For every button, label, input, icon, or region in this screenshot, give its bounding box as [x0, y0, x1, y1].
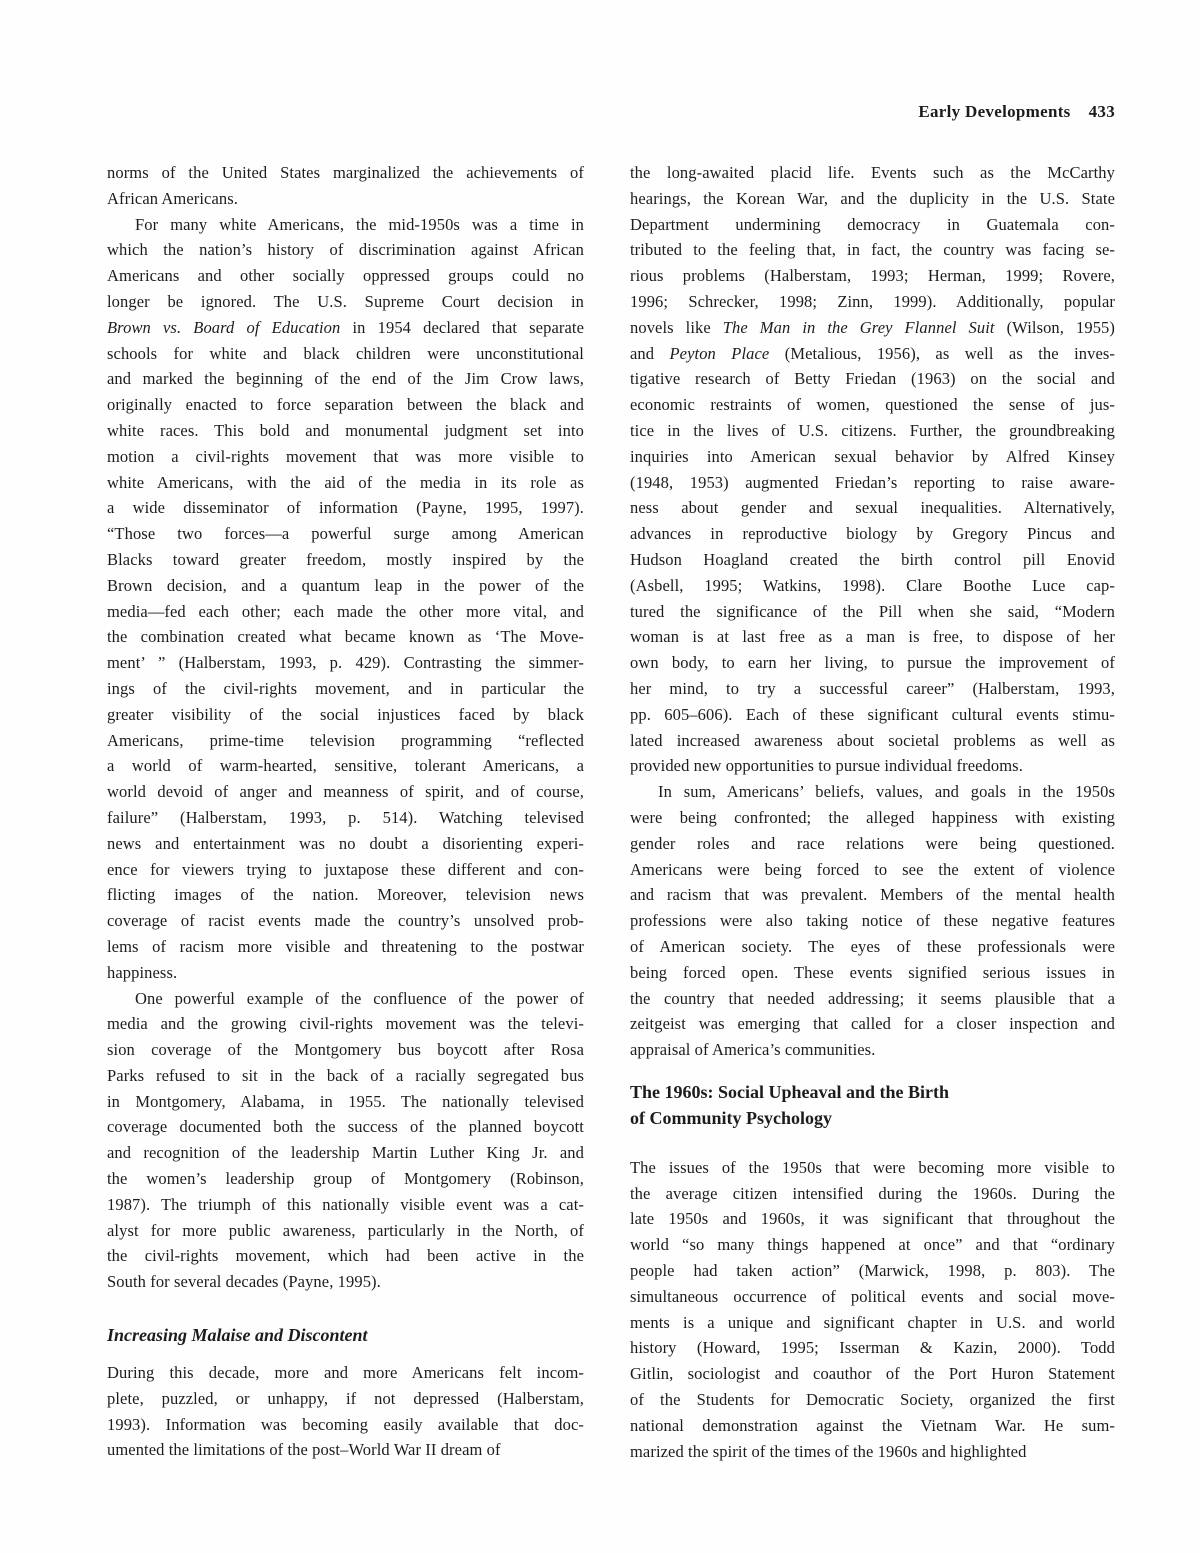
paragraph: norms of the United States marginalized … — [107, 160, 584, 212]
text-line: African Americans. — [107, 186, 584, 212]
text-line: For many white Americans, the mid-1950s … — [107, 212, 584, 238]
text-line: and recognition of the leadership Martin… — [107, 1140, 584, 1166]
text-line: the long-awaited placid life. Events suc… — [630, 160, 1115, 186]
text-line: Brown vs. Board of Education in 1954 dec… — [107, 315, 584, 341]
text-line: were being confronted; the alleged happi… — [630, 805, 1115, 831]
text-line: greater visibility of the social injusti… — [107, 702, 584, 728]
text-line: world “so many things happened at once” … — [630, 1232, 1115, 1258]
text-line: sion coverage of the Montgomery bus boyc… — [107, 1037, 584, 1063]
text-line: national demonstration against the Vietn… — [630, 1413, 1115, 1439]
text-line: hearings, the Korean War, and the duplic… — [630, 186, 1115, 212]
text-line: Parks refused to sit in the back of a ra… — [107, 1063, 584, 1089]
text-line: media—fed each other; each made the othe… — [107, 599, 584, 625]
paragraph: In sum, Americans’ beliefs, values, and … — [630, 779, 1115, 1063]
text-line: (1948, 1953) augmented Friedan’s reporti… — [630, 470, 1115, 496]
text-line: lated increased awareness about societal… — [630, 728, 1115, 754]
text-line: inquiries into American sexual behavior … — [630, 444, 1115, 470]
text-line: the civil-rights movement, which had bee… — [107, 1243, 584, 1269]
text-line: “Those two forces—a powerful surge among… — [107, 521, 584, 547]
text-line: a world of warm-hearted, sensitive, tole… — [107, 753, 584, 779]
text-line: and racism that was prevalent. Members o… — [630, 882, 1115, 908]
right-column: the long-awaited placid life. Events suc… — [630, 160, 1115, 1464]
paragraph: During this decade, more and more Americ… — [107, 1360, 584, 1463]
text-line: ings of the civil-rights movement, and i… — [107, 676, 584, 702]
text-line: white Americans, with the aid of the med… — [107, 470, 584, 496]
text-line: happiness. — [107, 960, 584, 986]
paragraph: The issues of the 1950s that were becomi… — [630, 1155, 1115, 1465]
text-line: ence for viewers trying to juxtapose the… — [107, 857, 584, 883]
text-line: of American society. The eyes of these p… — [630, 934, 1115, 960]
running-header: Early Developments433 — [918, 102, 1115, 122]
text-line: the country that needed addressing; it s… — [630, 986, 1115, 1012]
text-line: ment’ ” (Halberstam, 1993, p. 429). Cont… — [107, 650, 584, 676]
text-line: pp. 605–606). Each of these significant … — [630, 702, 1115, 728]
text-line: ness about gender and sexual inequalitie… — [630, 495, 1115, 521]
text-line: 1993). Information was becoming easily a… — [107, 1412, 584, 1438]
text-line: advances in reproductive biology by Greg… — [630, 521, 1115, 547]
text-line: economic restraints of women, questioned… — [630, 392, 1115, 418]
text-line: tributed to the feeling that, in fact, t… — [630, 237, 1115, 263]
text-line: schools for white and black children wer… — [107, 341, 584, 367]
text-line: 1996; Schrecker, 1998; Zinn, 1999). Addi… — [630, 289, 1115, 315]
text-line: (Asbell, 1995; Watkins, 1998). Clare Boo… — [630, 573, 1115, 599]
book-page: Early Developments433 norms of the Unite… — [0, 0, 1200, 1553]
text-line: white races. This bold and monumental ju… — [107, 418, 584, 444]
section-heading: The 1960s: Social Upheaval and the Birth… — [630, 1079, 1115, 1131]
text-line: media and the growing civil-rights movem… — [107, 1011, 584, 1037]
text-line: which the nation’s history of discrimina… — [107, 237, 584, 263]
text-line: gender roles and race relations were bei… — [630, 831, 1115, 857]
text-line: ments is a unique and significant chapte… — [630, 1310, 1115, 1336]
text-line: flicting images of the nation. Moreover,… — [107, 882, 584, 908]
text-line: simultaneous occurrence of political eve… — [630, 1284, 1115, 1310]
text-line: professions were also taking notice of t… — [630, 908, 1115, 934]
paragraph: For many white Americans, the mid-1950s … — [107, 212, 584, 986]
left-column: norms of the United States marginalized … — [107, 160, 584, 1463]
text-line: Americans were being forced to see the e… — [630, 857, 1115, 883]
running-header-title: Early Developments — [918, 102, 1070, 121]
text-line: and Peyton Place (Metalious, 1956), as w… — [630, 341, 1115, 367]
text-line: woman is at last free as a man is free, … — [630, 624, 1115, 650]
text-line: people had taken action” (Marwick, 1998,… — [630, 1258, 1115, 1284]
text-line: In sum, Americans’ beliefs, values, and … — [630, 779, 1115, 805]
text-line: own body, to earn her living, to pursue … — [630, 650, 1115, 676]
page-number: 433 — [1089, 102, 1115, 121]
section-heading: Increasing Malaise and Discontent — [107, 1322, 584, 1348]
text-line: Department undermining democracy in Guat… — [630, 212, 1115, 238]
text-line: a wide disseminator of information (Payn… — [107, 495, 584, 521]
text-line: The issues of the 1950s that were becomi… — [630, 1155, 1115, 1181]
text-line: Gitlin, sociologist and coauthor of the … — [630, 1361, 1115, 1387]
text-line: plete, puzzled, or unhappy, if not depre… — [107, 1386, 584, 1412]
text-line: zeitgeist was emerging that called for a… — [630, 1011, 1115, 1037]
text-line: novels like The Man in the Grey Flannel … — [630, 315, 1115, 341]
text-line: 1987). The triumph of this nationally vi… — [107, 1192, 584, 1218]
text-line: her mind, to try a successful career” (H… — [630, 676, 1115, 702]
heading-line: Increasing Malaise and Discontent — [107, 1322, 584, 1348]
text-line: rious problems (Halberstam, 1993; Herman… — [630, 263, 1115, 289]
text-line: and marked the beginning of the end of t… — [107, 366, 584, 392]
text-line: the average citizen intensified during t… — [630, 1181, 1115, 1207]
text-line: tigative research of Betty Friedan (1963… — [630, 366, 1115, 392]
text-line: One powerful example of the confluence o… — [107, 986, 584, 1012]
text-line: Brown decision, and a quantum leap in th… — [107, 573, 584, 599]
text-line: the combination created what became know… — [107, 624, 584, 650]
text-line: longer be ignored. The U.S. Supreme Cour… — [107, 289, 584, 315]
text-line: coverage of racist events made the count… — [107, 908, 584, 934]
heading-line: of Community Psychology — [630, 1105, 1115, 1131]
text-line: history (Howard, 1995; Isserman & Kazin,… — [630, 1335, 1115, 1361]
text-line: tice in the lives of U.S. citizens. Furt… — [630, 418, 1115, 444]
text-line: being forced open. These events signifie… — [630, 960, 1115, 986]
text-line: of the Students for Democratic Society, … — [630, 1387, 1115, 1413]
text-line: provided new opportunities to pursue ind… — [630, 753, 1115, 779]
text-line: originally enacted to force separation b… — [107, 392, 584, 418]
paragraph: the long-awaited placid life. Events suc… — [630, 160, 1115, 779]
text-line: Hudson Hoagland created the birth contro… — [630, 547, 1115, 573]
text-line: motion a civil-rights movement that was … — [107, 444, 584, 470]
text-line: alyst for more public awareness, particu… — [107, 1218, 584, 1244]
text-line: Blacks toward greater freedom, mostly in… — [107, 547, 584, 573]
text-line: world devoid of anger and meanness of sp… — [107, 779, 584, 805]
text-line: During this decade, more and more Americ… — [107, 1360, 584, 1386]
text-line: coverage documented both the success of … — [107, 1114, 584, 1140]
text-line: norms of the United States marginalized … — [107, 160, 584, 186]
text-line: in Montgomery, Alabama, in 1955. The nat… — [107, 1089, 584, 1115]
text-line: news and entertainment was no doubt a di… — [107, 831, 584, 857]
text-line: marized the spirit of the times of the 1… — [630, 1439, 1115, 1465]
text-line: tured the significance of the Pill when … — [630, 599, 1115, 625]
text-line: appraisal of America’s communities. — [630, 1037, 1115, 1063]
text-line: Americans, prime-time television program… — [107, 728, 584, 754]
text-line: Americans and other socially oppressed g… — [107, 263, 584, 289]
paragraph: One powerful example of the confluence o… — [107, 986, 584, 1296]
text-line: South for several decades (Payne, 1995). — [107, 1269, 584, 1295]
text-line: late 1950s and 1960s, it was significant… — [630, 1206, 1115, 1232]
text-line: the women’s leadership group of Montgome… — [107, 1166, 584, 1192]
text-line: failure” (Halberstam, 1993, p. 514). Wat… — [107, 805, 584, 831]
text-line: umented the limitations of the post–Worl… — [107, 1437, 584, 1463]
heading-line: The 1960s: Social Upheaval and the Birth — [630, 1079, 1115, 1105]
text-line: lems of racism more visible and threaten… — [107, 934, 584, 960]
